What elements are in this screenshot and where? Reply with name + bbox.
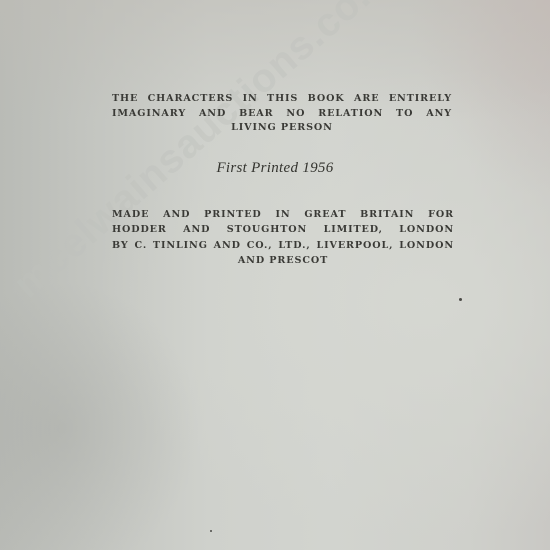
imprint-line: BY C. TINLING AND CO., LTD., LIVERPOOL, …	[112, 238, 454, 253]
disclaimer-line: IMAGINARY AND BEAR NO RELATION TO ANY	[112, 107, 452, 122]
fiction-disclaimer: THE CHARACTERS IN THIS BOOK ARE ENTIRELY…	[112, 92, 452, 136]
paper-speck	[459, 298, 462, 301]
printer-imprint: MADE AND PRINTED IN GREAT BRITAIN FOR HO…	[112, 207, 454, 268]
imprint-line: AND PRESCOT	[112, 253, 454, 268]
disclaimer-line: THE CHARACTERS IN THIS BOOK ARE ENTIRELY	[112, 92, 452, 107]
disclaimer-line: LIVING PERSON	[112, 121, 452, 136]
imprint-line: MADE AND PRINTED IN GREAT BRITAIN FOR	[112, 207, 454, 222]
imprint-line: HODDER AND STOUGHTON LIMITED, LONDON	[112, 222, 454, 237]
first-printed-date: First Printed 1956	[0, 160, 550, 177]
paper-shadow	[0, 280, 200, 550]
paper-speck	[210, 530, 212, 532]
